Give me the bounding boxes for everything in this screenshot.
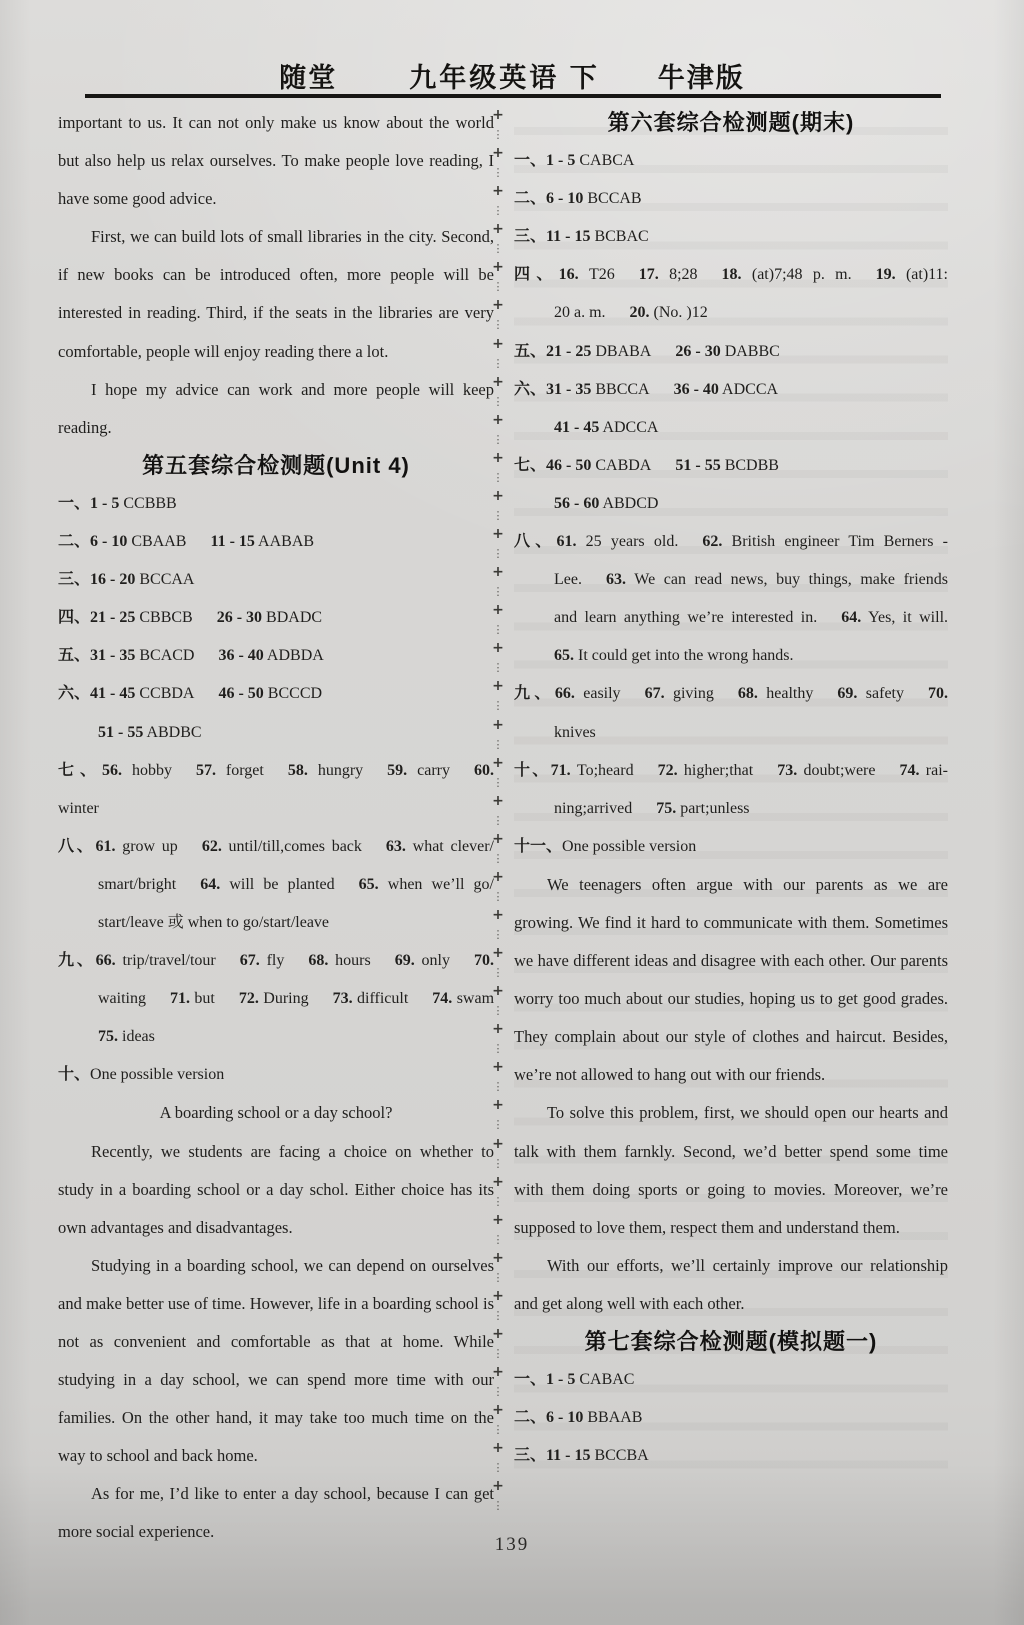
answer-line: 二、6 - 10 BCCAB — [514, 180, 948, 218]
answer-text: only — [415, 952, 450, 969]
answer-text: healthy — [758, 685, 814, 702]
answer-line: 十一、One possible version — [514, 828, 948, 866]
column-divider: +⋮+⋮+⋮+⋮+⋮+⋮+⋮+⋮+⋮+⋮+⋮+⋮+⋮+⋮+⋮+⋮+⋮+⋮+⋮+⋮… — [490, 106, 506, 1515]
answer-text: (No. )12 — [650, 304, 708, 321]
answer-text: start/leave 或 when to go/start/leave — [98, 914, 329, 931]
answer-number: 18. — [722, 266, 742, 283]
divider-plus-mark: + — [492, 1439, 504, 1458]
answer-number: 四、21 - 25 — [58, 609, 135, 626]
divider-plus-mark: + — [492, 639, 504, 658]
answer-text: carry — [407, 762, 450, 779]
answer-text: what clever/ — [406, 838, 494, 855]
answer-text: ADCCA — [719, 381, 778, 398]
divider-plus-mark: + — [492, 1287, 504, 1306]
answer-number: 72. — [658, 762, 678, 779]
answer-number: 68. — [738, 685, 758, 702]
divider-dots-mark: ⋮ — [493, 468, 504, 487]
answer-line: 一、1 - 5 CCBBB — [58, 485, 494, 523]
answer-line: 二、6 - 10 CBAAB11 - 15 AABAB — [58, 523, 494, 561]
answer-number: 67. — [645, 685, 665, 702]
answer-text: AABAB — [255, 533, 314, 550]
answer-block: 十一、One possible version — [514, 828, 948, 866]
divider-plus-mark: + — [492, 1135, 504, 1154]
divider-plus-mark: + — [492, 868, 504, 887]
answer-number: 十一、 — [514, 838, 562, 855]
paragraph: I hope my advice can work and more peopl… — [58, 371, 494, 447]
divider-plus-mark: + — [492, 1249, 504, 1268]
answer-number: 五、21 - 25 — [514, 343, 591, 360]
answer-text: swam — [452, 990, 494, 1007]
paragraph: To solve this problem, first, we should … — [514, 1094, 948, 1246]
divider-plus-mark: + — [492, 525, 504, 544]
answer-text: ning;arrived — [554, 800, 632, 817]
answer-line: 八、61. 25 years old.62. British engineer … — [514, 523, 948, 561]
divider-plus-mark: + — [492, 754, 504, 773]
answer-text: when we’ll go/ — [379, 876, 494, 893]
answer-text: To;heard — [571, 762, 634, 779]
answer-number: 一、1 - 5 — [514, 1371, 575, 1388]
answer-line: 一、1 - 5 CABCA — [514, 142, 948, 180]
answer-line: 六、41 - 45 CCBDA46 - 50 BCCCD — [58, 675, 494, 713]
page-number: 139 — [0, 1534, 1024, 1556]
answer-block: 三、16 - 20 BCCAA — [58, 561, 494, 599]
divider-plus-mark: + — [492, 182, 504, 201]
answer-text: It could get into the wrong hands. — [574, 647, 794, 664]
answer-text: During — [259, 990, 309, 1007]
answer-number: 71. — [170, 990, 190, 1007]
answer-text: Yes, it will. — [861, 609, 948, 626]
answer-text: until/till,comes back — [222, 838, 362, 855]
divider-dots-mark: ⋮ — [493, 1077, 504, 1096]
answer-text: We can read news, buy things, make frien… — [626, 571, 948, 588]
answer-block: 一、1 - 5 CABCA — [514, 142, 948, 180]
paragraph: Recently, we students are facing a choic… — [58, 1133, 494, 1247]
answer-text: BCDBB — [721, 457, 779, 474]
answer-block: 七、56. hobby57. forget58. hungry59. carry… — [58, 752, 494, 828]
answer-text: grow up — [115, 838, 177, 855]
answer-block: 十、One possible version — [58, 1056, 494, 1094]
divider-plus-mark: + — [492, 1211, 504, 1230]
divider-plus-mark: + — [492, 677, 504, 696]
divider-dots-mark: ⋮ — [493, 887, 504, 906]
answer-text: BBAAB — [583, 1409, 642, 1426]
answer-text: BCCAB — [583, 190, 641, 207]
answer-number: 59. — [387, 762, 407, 779]
paragraph: We teenagers often argue with our parent… — [514, 866, 948, 1095]
answer-text: smart/bright — [98, 876, 176, 893]
divider-plus-mark: + — [492, 296, 504, 315]
answer-line: 八、61. grow up62. until/till,comes back63… — [58, 828, 494, 866]
answer-line: 四、21 - 25 CBBCB26 - 30 BDADC — [58, 599, 494, 637]
answer-text: (at)11: — [896, 266, 948, 283]
divider-dots-mark: ⋮ — [493, 582, 504, 601]
divider-plus-mark: + — [492, 144, 504, 163]
answer-block: 二、6 - 10 BBAAB — [514, 1399, 948, 1437]
answer-number: 七、46 - 50 — [514, 457, 591, 474]
answer-text: difficult — [353, 990, 409, 1007]
answer-number: 20. — [630, 304, 650, 321]
answer-number: 四、16. — [514, 266, 579, 283]
answer-text: BCACD — [135, 647, 194, 664]
answer-number: 三、11 - 15 — [514, 1447, 590, 1464]
divider-plus-mark: + — [492, 1020, 504, 1039]
answer-text: One possible version — [562, 838, 696, 855]
answer-block: 五、31 - 35 BCACD36 - 40 ADBDA — [58, 637, 494, 675]
divider-plus-mark: + — [492, 601, 504, 620]
paragraph: First, we can build lots of small librar… — [58, 218, 494, 370]
divider-dots-mark: ⋮ — [493, 1039, 504, 1058]
divider-dots-mark: ⋮ — [493, 1001, 504, 1020]
answer-text: CABAC — [575, 1371, 634, 1388]
answer-text: higher;that — [678, 762, 754, 779]
answer-number: 六、41 - 45 — [58, 685, 135, 702]
answer-number: 11 - 15 — [210, 533, 254, 550]
answer-number: 63. — [606, 571, 626, 588]
answer-number: 36 - 40 — [218, 647, 263, 664]
divider-dots-mark: ⋮ — [493, 239, 504, 258]
divider-plus-mark: + — [492, 1325, 504, 1344]
answer-block: 四、21 - 25 CBBCB26 - 30 BDADC — [58, 599, 494, 637]
answer-number: 63. — [386, 838, 406, 855]
answer-block: 一、1 - 5 CCBBB — [58, 485, 494, 523]
answer-number: 46 - 50 — [218, 685, 263, 702]
answer-number: 67. — [240, 952, 260, 969]
answer-text: and learn anything we’re interested in. — [554, 609, 817, 626]
answer-text: (at)7;48 p. m. — [742, 266, 852, 283]
answer-text: ADBDA — [264, 647, 324, 664]
divider-plus-mark: + — [492, 906, 504, 925]
divider-plus-mark: + — [492, 258, 504, 277]
answer-number: 72. — [239, 990, 259, 1007]
divider-dots-mark: ⋮ — [493, 1344, 504, 1363]
divider-dots-mark: ⋮ — [493, 1382, 504, 1401]
answer-number: 九、66. — [514, 685, 575, 702]
answer-block: 十、71. To;heard72. higher;that73. doubt;w… — [514, 752, 948, 828]
divider-dots-mark: ⋮ — [493, 1458, 504, 1477]
answer-text: CBAAB — [127, 533, 186, 550]
answer-number: 26 - 30 — [675, 343, 720, 360]
divider-plus-mark: + — [492, 563, 504, 582]
answer-number: 六、31 - 35 — [514, 381, 591, 398]
book-title: 九年级英语 下 — [409, 56, 600, 95]
answer-line: 56 - 60 ABDCD — [514, 485, 948, 523]
answer-line: 20 a. m.20. (No. )12 — [514, 294, 948, 332]
divider-dots-mark: ⋮ — [493, 1192, 504, 1211]
answer-line: 65. It could get into the wrong hands. — [514, 637, 948, 675]
page-header: 随堂 九年级英语 下 牛津版 — [0, 56, 1024, 95]
answer-number: 十、 — [58, 1066, 90, 1083]
divider-dots-mark: ⋮ — [493, 696, 504, 715]
answer-text: 20 a. m. — [554, 304, 606, 321]
divider-dots-mark: ⋮ — [493, 506, 504, 525]
answer-text: will be planted — [220, 876, 334, 893]
answer-number: 74. — [432, 990, 452, 1007]
answer-text: CCBBB — [119, 495, 176, 512]
divider-dots-mark: ⋮ — [493, 1306, 504, 1325]
divider-dots-mark: ⋮ — [493, 163, 504, 182]
divider-dots-mark: ⋮ — [493, 1115, 504, 1134]
header-rule — [85, 94, 941, 98]
answer-line: 三、11 - 15 BCBAC — [514, 218, 948, 256]
answer-number: 75. — [656, 800, 676, 817]
divider-dots-mark: ⋮ — [493, 392, 504, 411]
answer-text: giving — [665, 685, 714, 702]
answer-text: hobby — [122, 762, 172, 779]
answer-number: 五、31 - 35 — [58, 647, 135, 664]
answer-line: 九、66. easily67. giving68. healthy69. saf… — [514, 675, 948, 713]
divider-plus-mark: + — [492, 1477, 504, 1496]
answer-number: 26 - 30 — [217, 609, 262, 626]
divider-plus-mark: + — [492, 1363, 504, 1382]
answer-block: 二、6 - 10 CBAAB11 - 15 AABAB — [58, 523, 494, 561]
answer-text: Lee. — [554, 571, 582, 588]
answer-number: 65. — [359, 876, 379, 893]
answer-text: knives — [554, 724, 596, 741]
divider-dots-mark: ⋮ — [493, 354, 504, 373]
divider-plus-mark: + — [492, 944, 504, 963]
answer-number: 68. — [308, 952, 328, 969]
answer-text: 8;28 — [659, 266, 698, 283]
answer-text: DBABA — [591, 343, 651, 360]
answer-text: One possible version — [90, 1066, 224, 1083]
answer-number: 64. — [200, 876, 220, 893]
answer-number: 65. — [554, 647, 574, 664]
answer-block: 八、61. grow up62. until/till,comes back63… — [58, 828, 494, 942]
divider-dots-mark: ⋮ — [493, 1420, 504, 1439]
divider-plus-mark: + — [492, 335, 504, 354]
answer-line: 41 - 45 ADCCA — [514, 409, 948, 447]
answer-line: 三、11 - 15 BCCBA — [514, 1437, 948, 1475]
answer-number: 74. — [900, 762, 920, 779]
answer-text: trip/travel/tour — [116, 952, 216, 969]
answer-number: 36 - 40 — [674, 381, 719, 398]
answer-block: 八、61. 25 years old.62. British engineer … — [514, 523, 948, 675]
divider-plus-mark: + — [492, 487, 504, 506]
paragraph: With our efforts, we’ll certainly improv… — [514, 1247, 948, 1323]
section-title: 第六套综合检测题(期末) — [514, 104, 948, 142]
divider-plus-mark: + — [492, 1173, 504, 1192]
answer-number: 69. — [395, 952, 415, 969]
answer-number: 二、6 - 10 — [58, 533, 127, 550]
divider-dots-mark: ⋮ — [493, 125, 504, 144]
answer-text: 25 years old. — [576, 533, 678, 550]
answer-line: Lee.63. We can read news, buy things, ma… — [514, 561, 948, 599]
answer-line: 六、31 - 35 BBCCA36 - 40 ADCCA — [514, 371, 948, 409]
divider-dots-mark: ⋮ — [493, 1268, 504, 1287]
answer-number: 二、6 - 10 — [514, 190, 583, 207]
answer-text: rai- — [920, 762, 949, 779]
answer-line: 四、16. T2617. 8;2818. (at)7;48 p. m.19. (… — [514, 256, 948, 294]
answer-number: 73. — [333, 990, 353, 1007]
divider-dots-mark: ⋮ — [493, 430, 504, 449]
answer-number: 64. — [841, 609, 861, 626]
answer-text: winter — [58, 800, 99, 817]
answer-block: 五、21 - 25 DBABA26 - 30 DABBC — [514, 333, 948, 371]
paragraph: Studying in a boarding school, we can de… — [58, 1247, 494, 1476]
answer-line: 十、One possible version — [58, 1056, 494, 1094]
divider-dots-mark: ⋮ — [493, 658, 504, 677]
answer-number: 56 - 60 — [554, 495, 599, 512]
answer-text: T26 — [579, 266, 615, 283]
scanned-workbook-page: { "header": { "brand": "随堂", "title": "九… — [0, 0, 1024, 1625]
answer-text: BBCCA — [591, 381, 649, 398]
answer-text: ideas — [118, 1028, 155, 1045]
answer-block: 九、66. easily67. giving68. healthy69. saf… — [514, 675, 948, 751]
answer-line: waiting71. but72. During73. difficult74.… — [58, 980, 494, 1018]
answer-number: 九、66. — [58, 952, 116, 969]
answer-block: 二、6 - 10 BCCAB — [514, 180, 948, 218]
divider-dots-mark: ⋮ — [493, 925, 504, 944]
divider-plus-mark: + — [492, 220, 504, 239]
answer-line: 三、16 - 20 BCCAA — [58, 561, 494, 599]
answer-line: ning;arrived75. part;unless — [514, 790, 948, 828]
divider-plus-mark: + — [492, 411, 504, 430]
edition-label: 牛津版 — [658, 56, 745, 95]
divider-plus-mark: + — [492, 982, 504, 1001]
answer-number: 57. — [196, 762, 216, 779]
divider-dots-mark: ⋮ — [493, 277, 504, 296]
answer-text: ABDCD — [599, 495, 658, 512]
divider-dots-mark: ⋮ — [493, 735, 504, 754]
answer-text: BCCAA — [135, 571, 194, 588]
answer-block: 六、41 - 45 CCBDA46 - 50 BCCCD51 - 55 ABDB… — [58, 675, 494, 751]
answer-number: 51 - 55 — [675, 457, 720, 474]
answer-number: 70. — [928, 685, 948, 702]
answer-number: 19. — [876, 266, 896, 283]
answer-number: 八、61. — [58, 838, 115, 855]
answer-number: 一、1 - 5 — [514, 152, 575, 169]
answer-block: 三、11 - 15 BCBAC — [514, 218, 948, 256]
answer-line: smart/bright64. will be planted65. when … — [58, 866, 494, 904]
answer-number: 17. — [639, 266, 659, 283]
answer-number: 62. — [702, 533, 722, 550]
answer-block: 六、31 - 35 BBCCA36 - 40 ADCCA41 - 45 ADCC… — [514, 371, 948, 447]
answer-number: 八、61. — [514, 533, 576, 550]
answer-block: 七、46 - 50 CABDA51 - 55 BCDBB56 - 60 ABDC… — [514, 447, 948, 523]
answer-number: 七、56. — [58, 762, 122, 779]
section-title: 第五套综合检测题(Unit 4) — [58, 447, 494, 485]
answer-text: but — [190, 990, 215, 1007]
answer-text: ABDBC — [143, 724, 201, 741]
paragraph: important to us. It can not only make us… — [58, 104, 494, 218]
answer-text: BCCCD — [264, 685, 322, 702]
answer-number: 73. — [777, 762, 797, 779]
answer-line: start/leave 或 when to go/start/leave — [58, 904, 494, 942]
answer-line: 一、1 - 5 CABAC — [514, 1361, 948, 1399]
answer-text: hours — [328, 952, 370, 969]
answer-line: 九、66. trip/travel/tour67. fly68. hours69… — [58, 942, 494, 980]
divider-dots-mark: ⋮ — [493, 773, 504, 792]
answer-line: 二、6 - 10 BBAAB — [514, 1399, 948, 1437]
answer-line: 75. ideas — [58, 1018, 494, 1056]
divider-dots-mark: ⋮ — [493, 963, 504, 982]
answer-number: 51 - 55 — [98, 724, 143, 741]
answer-line: 五、31 - 35 BCACD36 - 40 ADBDA — [58, 637, 494, 675]
answer-text: doubt;were — [797, 762, 875, 779]
answer-number: 十、71. — [514, 762, 571, 779]
answer-number: 二、6 - 10 — [514, 1409, 583, 1426]
section-title: 第七套综合检测题(模拟题一) — [514, 1323, 948, 1361]
divider-dots-mark: ⋮ — [493, 315, 504, 334]
answer-text: CABDA — [591, 457, 651, 474]
answer-text: CBBCB — [135, 609, 192, 626]
divider-plus-mark: + — [492, 830, 504, 849]
answer-number: 62. — [202, 838, 222, 855]
answer-text: CCBDA — [135, 685, 194, 702]
right-column: 第六套综合检测题(期末)一、1 - 5 CABCA二、6 - 10 BCCAB三… — [514, 104, 948, 1475]
divider-plus-mark: + — [492, 106, 504, 125]
divider-plus-mark: + — [492, 1058, 504, 1077]
answer-line: and learn anything we’re interested in.6… — [514, 599, 948, 637]
answer-number: 三、11 - 15 — [514, 228, 590, 245]
divider-plus-mark: + — [492, 1096, 504, 1115]
divider-dots-mark: ⋮ — [493, 620, 504, 639]
divider-plus-mark: + — [492, 373, 504, 392]
answer-block: 一、1 - 5 CABAC — [514, 1361, 948, 1399]
answer-number: 58. — [288, 762, 308, 779]
answer-text: BDADC — [262, 609, 322, 626]
divider-dots-mark: ⋮ — [493, 849, 504, 868]
divider-plus-mark: + — [492, 716, 504, 735]
answer-text: part;unless — [676, 800, 749, 817]
divider-plus-mark: + — [492, 792, 504, 811]
divider-dots-mark: ⋮ — [493, 544, 504, 563]
answer-line: knives — [514, 714, 948, 752]
answer-block: 四、16. T2617. 8;2818. (at)7;48 p. m.19. (… — [514, 256, 948, 332]
answer-line: 五、21 - 25 DBABA26 - 30 DABBC — [514, 333, 948, 371]
divider-plus-mark: + — [492, 449, 504, 468]
answer-text: British engineer Tim Berners - — [722, 533, 948, 550]
answer-text: fly — [260, 952, 285, 969]
divider-dots-mark: ⋮ — [493, 1496, 504, 1515]
answer-line: 七、46 - 50 CABDA51 - 55 BCDBB — [514, 447, 948, 485]
answer-text: forget — [216, 762, 264, 779]
essay-title: A boarding school or a day school? — [58, 1094, 494, 1132]
answer-text: safety — [857, 685, 904, 702]
answer-line: 51 - 55 ABDBC — [58, 714, 494, 752]
answer-text: easily — [575, 685, 621, 702]
answer-text: CABCA — [575, 152, 634, 169]
answer-line: 十、71. To;heard72. higher;that73. doubt;w… — [514, 752, 948, 790]
divider-dots-mark: ⋮ — [493, 1230, 504, 1249]
answer-text: waiting — [98, 990, 146, 1007]
answer-text: BCCBA — [590, 1447, 648, 1464]
answer-number: 75. — [98, 1028, 118, 1045]
divider-dots-mark: ⋮ — [493, 201, 504, 220]
answer-text: DABBC — [721, 343, 780, 360]
answer-text: BCBAC — [590, 228, 648, 245]
divider-dots-mark: ⋮ — [493, 811, 504, 830]
answer-block: 九、66. trip/travel/tour67. fly68. hours69… — [58, 942, 494, 1056]
answer-text: ADCCA — [599, 419, 658, 436]
answer-text: hungry — [308, 762, 363, 779]
divider-dots-mark: ⋮ — [493, 1154, 504, 1173]
answer-number: 三、16 - 20 — [58, 571, 135, 588]
answer-block: 三、11 - 15 BCCBA — [514, 1437, 948, 1475]
divider-plus-mark: + — [492, 1401, 504, 1420]
left-column: important to us. It can not only make us… — [58, 104, 494, 1552]
answer-number: 一、1 - 5 — [58, 495, 119, 512]
answer-number: 41 - 45 — [554, 419, 599, 436]
brand-logo-text: 随堂 — [279, 56, 337, 95]
answer-line: 七、56. hobby57. forget58. hungry59. carry… — [58, 752, 494, 828]
answer-number: 69. — [837, 685, 857, 702]
